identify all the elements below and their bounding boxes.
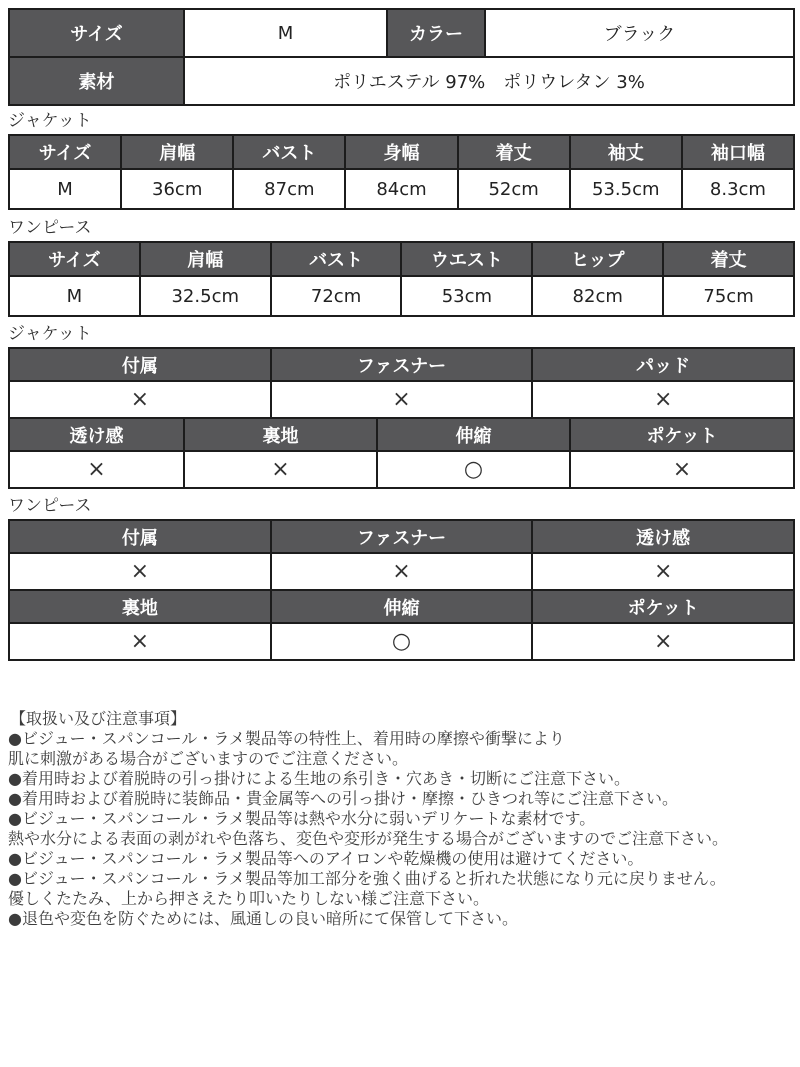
onepiece-size-header: サイズ xyxy=(9,242,140,276)
onepiece-size-header-row: サイズ 肩幅 バスト ウエスト ヒップ 着丈 xyxy=(9,242,794,276)
size-value-cell: M xyxy=(184,9,387,57)
jacket-size-table: サイズ 肩幅 バスト 身幅 着丈 袖丈 袖口幅 M 36cm 87cm 84cm… xyxy=(8,134,795,210)
care-note-line: ●着用時および着脱時の引っ掛けによる生地の糸引き・穴あき・切断にご注意下さい。 xyxy=(8,769,792,789)
jacket-size-header: 身幅 xyxy=(345,135,457,169)
jacket-size-header: 着丈 xyxy=(458,135,570,169)
size-label-cell: サイズ xyxy=(9,9,184,57)
jacket-features-value-row-1: × × × xyxy=(9,381,794,418)
jacket-size-header: バスト xyxy=(233,135,345,169)
product-spec-page: サイズ M カラー ブラック 素材 ポリエステル 97% ポリウレタン 3% ジ… xyxy=(0,0,800,1067)
onepiece-feature-header: ポケット xyxy=(532,590,794,623)
jacket-size-value-row: M 36cm 87cm 84cm 52cm 53.5cm 8.3cm xyxy=(9,169,794,209)
color-value-cell: ブラック xyxy=(485,9,794,57)
jacket-feature-value: ○ xyxy=(377,451,570,488)
jacket-features-table-bottom: 透け感 裏地 伸縮 ポケット × × ○ × xyxy=(8,417,795,489)
jacket-size-header: 肩幅 xyxy=(121,135,233,169)
jacket-features-header-row-1: 付属 ファスナー パッド xyxy=(9,348,794,381)
jacket-feature-value: × xyxy=(271,381,533,418)
jacket-feature-header: 裏地 xyxy=(184,418,377,451)
onepiece-size-header: ヒップ xyxy=(532,242,663,276)
section-label-jacket-features: ジャケット xyxy=(8,317,795,347)
section-label-onepiece-measurements: ワンピース xyxy=(8,210,795,241)
onepiece-size-value: 32.5cm xyxy=(140,276,271,316)
jacket-size-value: 53.5cm xyxy=(570,169,682,209)
onepiece-size-value: 53cm xyxy=(401,276,532,316)
jacket-size-value: 52cm xyxy=(458,169,570,209)
care-note-line: ●退色や変色を防ぐためには、風通しの良い暗所にて保管して下さい。 xyxy=(8,909,792,929)
onepiece-features-header-row-1: 付属 ファスナー 透け感 xyxy=(9,520,794,553)
jacket-features-table-top: 付属 ファスナー パッド × × × xyxy=(8,347,795,419)
onepiece-feature-value: × xyxy=(532,553,794,590)
onepiece-feature-header: 透け感 xyxy=(532,520,794,553)
section-label-onepiece-features: ワンピース xyxy=(8,489,795,519)
jacket-feature-header: 透け感 xyxy=(9,418,184,451)
onepiece-size-value: 75cm xyxy=(663,276,794,316)
onepiece-feature-value: × xyxy=(271,553,533,590)
onepiece-feature-header: ファスナー xyxy=(271,520,533,553)
jacket-size-value: 87cm xyxy=(233,169,345,209)
onepiece-feature-value: × xyxy=(9,553,271,590)
onepiece-size-table: サイズ 肩幅 バスト ウエスト ヒップ 着丈 M 32.5cm 72cm 53c… xyxy=(8,241,795,317)
onepiece-size-value-row: M 32.5cm 72cm 53cm 82cm 75cm xyxy=(9,276,794,316)
onepiece-features-table-bottom: 裏地 伸縮 ポケット × ○ × xyxy=(8,589,795,661)
onepiece-size-header: 着丈 xyxy=(663,242,794,276)
onepiece-size-value: 82cm xyxy=(532,276,663,316)
onepiece-features-value-row-2: × ○ × xyxy=(9,623,794,660)
jacket-feature-header: ポケット xyxy=(570,418,794,451)
onepiece-size-value: M xyxy=(9,276,140,316)
jacket-feature-header: 伸縮 xyxy=(377,418,570,451)
jacket-size-header: サイズ xyxy=(9,135,121,169)
care-note-line: ●ビジュー・スパンコール・ラメ製品等へのアイロンや乾燥機の使用は避けてください。 xyxy=(8,849,792,869)
jacket-size-value: 36cm xyxy=(121,169,233,209)
jacket-feature-header: 付属 xyxy=(9,348,271,381)
summary-row-size-color: サイズ M カラー ブラック xyxy=(9,9,794,57)
care-note-line: 優しくたたみ、上から押さえたり叩いたりしない様ご注意下さい。 xyxy=(8,889,792,909)
jacket-size-header: 袖丈 xyxy=(570,135,682,169)
care-note-line: 熱や水分による表面の剥がれや色落ち、変色や変形が発生する場合がございますのでご注… xyxy=(8,829,792,849)
jacket-features-value-row-2: × × ○ × xyxy=(9,451,794,488)
care-note-line: 肌に刺激がある場合がございますのでご注意ください。 xyxy=(8,749,792,769)
onepiece-feature-value: × xyxy=(532,623,794,660)
onepiece-size-header: ウエスト xyxy=(401,242,532,276)
care-notes: 【取扱い及び注意事項】 ●ビジュー・スパンコール・ラメ製品等の特性上、着用時の摩… xyxy=(8,709,792,929)
onepiece-feature-value: ○ xyxy=(271,623,533,660)
onepiece-size-header: 肩幅 xyxy=(140,242,271,276)
material-label-cell: 素材 xyxy=(9,57,184,105)
material-value-cell: ポリエステル 97% ポリウレタン 3% xyxy=(184,57,794,105)
care-note-line: ●着用時および着脱時に装飾品・貴金属等への引っ掛け・摩擦・ひきつれ等にご注意下さ… xyxy=(8,789,792,809)
onepiece-feature-header: 伸縮 xyxy=(271,590,533,623)
jacket-size-header-row: サイズ 肩幅 バスト 身幅 着丈 袖丈 袖口幅 xyxy=(9,135,794,169)
jacket-size-value: 84cm xyxy=(345,169,457,209)
jacket-size-header: 袖口幅 xyxy=(682,135,794,169)
onepiece-size-header: バスト xyxy=(271,242,402,276)
section-label-jacket-measurements: ジャケット xyxy=(8,106,795,134)
jacket-feature-value: × xyxy=(184,451,377,488)
spec-content: サイズ M カラー ブラック 素材 ポリエステル 97% ポリウレタン 3% ジ… xyxy=(0,0,795,929)
color-label-cell: カラー xyxy=(387,9,485,57)
jacket-size-value: M xyxy=(9,169,121,209)
jacket-feature-value: × xyxy=(9,381,271,418)
jacket-feature-value: × xyxy=(570,451,794,488)
summary-table: サイズ M カラー ブラック 素材 ポリエステル 97% ポリウレタン 3% xyxy=(8,8,795,106)
jacket-size-value: 8.3cm xyxy=(682,169,794,209)
onepiece-feature-header: 裏地 xyxy=(9,590,271,623)
jacket-feature-value: × xyxy=(9,451,184,488)
onepiece-feature-header: 付属 xyxy=(9,520,271,553)
jacket-feature-header: ファスナー xyxy=(271,348,533,381)
jacket-features-header-row-2: 透け感 裏地 伸縮 ポケット xyxy=(9,418,794,451)
summary-row-material: 素材 ポリエステル 97% ポリウレタン 3% xyxy=(9,57,794,105)
onepiece-features-table-top: 付属 ファスナー 透け感 × × × xyxy=(8,519,795,591)
care-note-line: ●ビジュー・スパンコール・ラメ製品等は熱や水分に弱いデリケートな素材です。 xyxy=(8,809,792,829)
onepiece-feature-value: × xyxy=(9,623,271,660)
jacket-feature-header: パッド xyxy=(532,348,794,381)
onepiece-features-value-row-1: × × × xyxy=(9,553,794,590)
onepiece-features-header-row-2: 裏地 伸縮 ポケット xyxy=(9,590,794,623)
care-note-line: ●ビジュー・スパンコール・ラメ製品等の特性上、着用時の摩擦や衝撃により xyxy=(8,729,792,749)
jacket-feature-value: × xyxy=(532,381,794,418)
care-notes-title: 【取扱い及び注意事項】 xyxy=(8,709,792,729)
care-note-line: ●ビジュー・スパンコール・ラメ製品等加工部分を強く曲げると折れた状態になり元に戻… xyxy=(8,869,792,889)
onepiece-size-value: 72cm xyxy=(271,276,402,316)
